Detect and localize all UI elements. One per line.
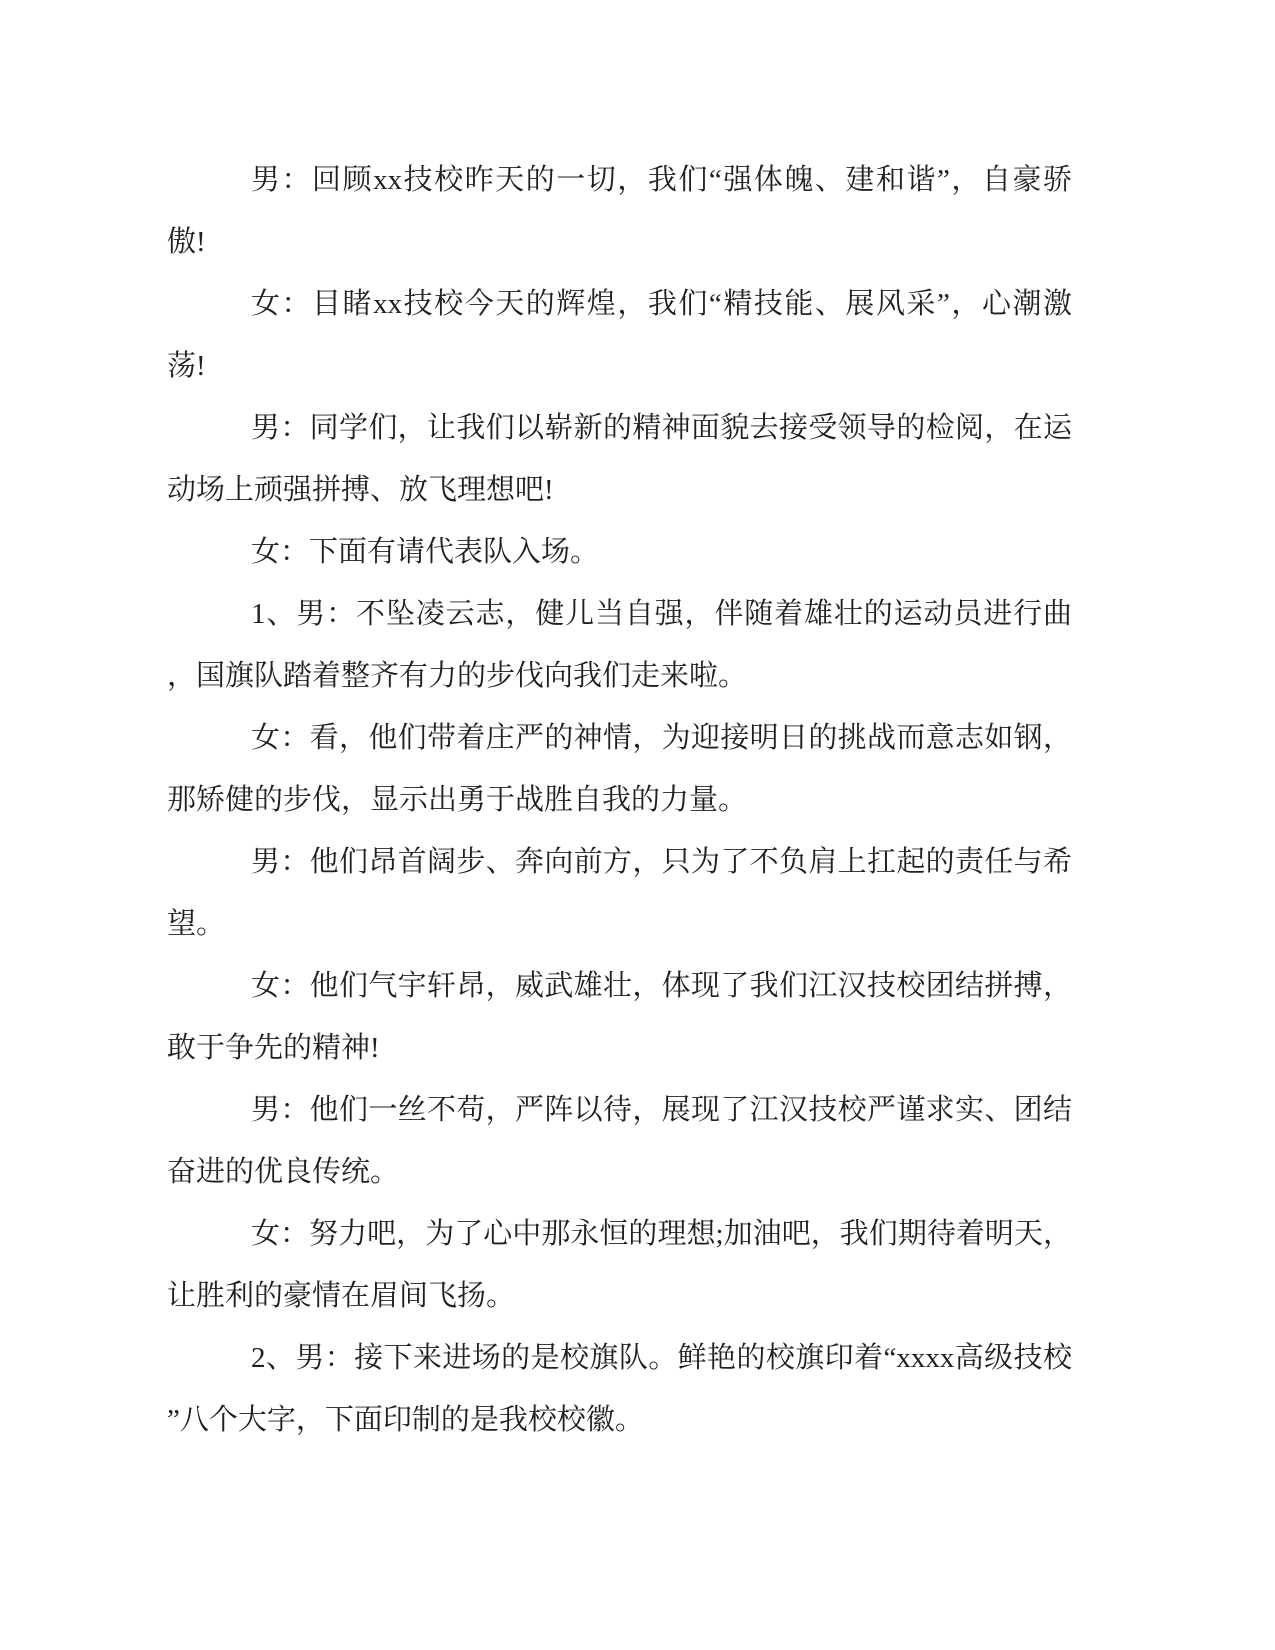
script-paragraph: 男：他们昂首阔步、奔向前方，只为了不负肩上扛起的责任与希望。 (167, 831, 1072, 955)
script-paragraph: 女：努力吧，为了心中那永恒的理想;加油吧，我们期待着明天，让胜利的豪情在眉间飞扬… (167, 1203, 1072, 1327)
text-line: 让胜利的豪情在眉间飞扬。 (167, 1265, 1072, 1327)
text-line: 女：目睹xx技校今天的辉煌，我们“精技能、展风采”，心潮激 (167, 273, 1072, 335)
text-line: 男：他们昂首阔步、奔向前方，只为了不负肩上扛起的责任与希 (167, 831, 1072, 893)
text-line: 男：他们一丝不苟，严阵以待，展现了江汉技校严谨求实、团结 (167, 1079, 1072, 1141)
text-line: 动场上顽强拼搏、放飞理想吧! (167, 459, 1072, 521)
text-line: ”八个大字，下面印制的是我校校徽。 (167, 1389, 1072, 1451)
text-line: 女：努力吧，为了心中那永恒的理想;加油吧，我们期待着明天， (167, 1203, 1072, 1265)
text-line: 望。 (167, 893, 1072, 955)
script-paragraph: 女：目睹xx技校今天的辉煌，我们“精技能、展风采”，心潮激荡! (167, 273, 1072, 397)
text-line: 敢于争先的精神! (167, 1017, 1072, 1079)
document-page: 男：回顾xx技校昨天的一切，我们“强体魄、建和谐”，自豪骄傲!女：目睹xx技校今… (0, 0, 1275, 1650)
text-line: 奋进的优良传统。 (167, 1141, 1072, 1203)
script-paragraph: 女：他们气宇轩昂，威武雄壮，体现了我们江汉技校团结拼搏，敢于争先的精神! (167, 955, 1072, 1079)
text-line: 男：回顾xx技校昨天的一切，我们“强体魄、建和谐”，自豪骄 (167, 149, 1072, 211)
script-paragraph: 1、男：不坠凌云志，健儿当自强，伴随着雄壮的运动员进行曲，国旗队踏着整齐有力的步… (167, 583, 1072, 707)
text-line: 那矫健的步伐，显示出勇于战胜自我的力量。 (167, 769, 1072, 831)
text-line: 女：下面有请代表队入场。 (167, 521, 1072, 583)
document-body: { "colors": { "background": "#ffffff", "… (0, 0, 1275, 1650)
text-line: 1、男：不坠凌云志，健儿当自强，伴随着雄壮的运动员进行曲 (167, 583, 1072, 645)
script-paragraph: 2、男：接下来进场的是校旗队。鲜艳的校旗印着“xxxx高级技校”八个大字，下面印… (167, 1327, 1072, 1451)
text-line: 荡! (167, 335, 1072, 397)
script-paragraph: 男：他们一丝不苟，严阵以待，展现了江汉技校严谨求实、团结奋进的优良传统。 (167, 1079, 1072, 1203)
text-line: 男：同学们，让我们以崭新的精神面貌去接受领导的检阅，在运 (167, 397, 1072, 459)
text-line: 傲! (167, 211, 1072, 273)
script-paragraph: 女：下面有请代表队入场。 (167, 521, 1072, 583)
script-paragraph: 男：同学们，让我们以崭新的精神面貌去接受领导的检阅，在运动场上顽强拼搏、放飞理想… (167, 397, 1072, 521)
text-line: ，国旗队踏着整齐有力的步伐向我们走来啦。 (167, 645, 1072, 707)
script-paragraph: 男：回顾xx技校昨天的一切，我们“强体魄、建和谐”，自豪骄傲! (167, 149, 1072, 273)
script-paragraph: 女：看，他们带着庄严的神情，为迎接明日的挑战而意志如钢，那矫健的步伐，显示出勇于… (167, 707, 1072, 831)
text-line: 女：他们气宇轩昂，威武雄壮，体现了我们江汉技校团结拼搏， (167, 955, 1072, 1017)
script-content: 男：回顾xx技校昨天的一切，我们“强体魄、建和谐”，自豪骄傲!女：目睹xx技校今… (167, 149, 1072, 1451)
text-line: 2、男：接下来进场的是校旗队。鲜艳的校旗印着“xxxx高级技校 (167, 1327, 1072, 1389)
text-line: 女：看，他们带着庄严的神情，为迎接明日的挑战而意志如钢， (167, 707, 1072, 769)
